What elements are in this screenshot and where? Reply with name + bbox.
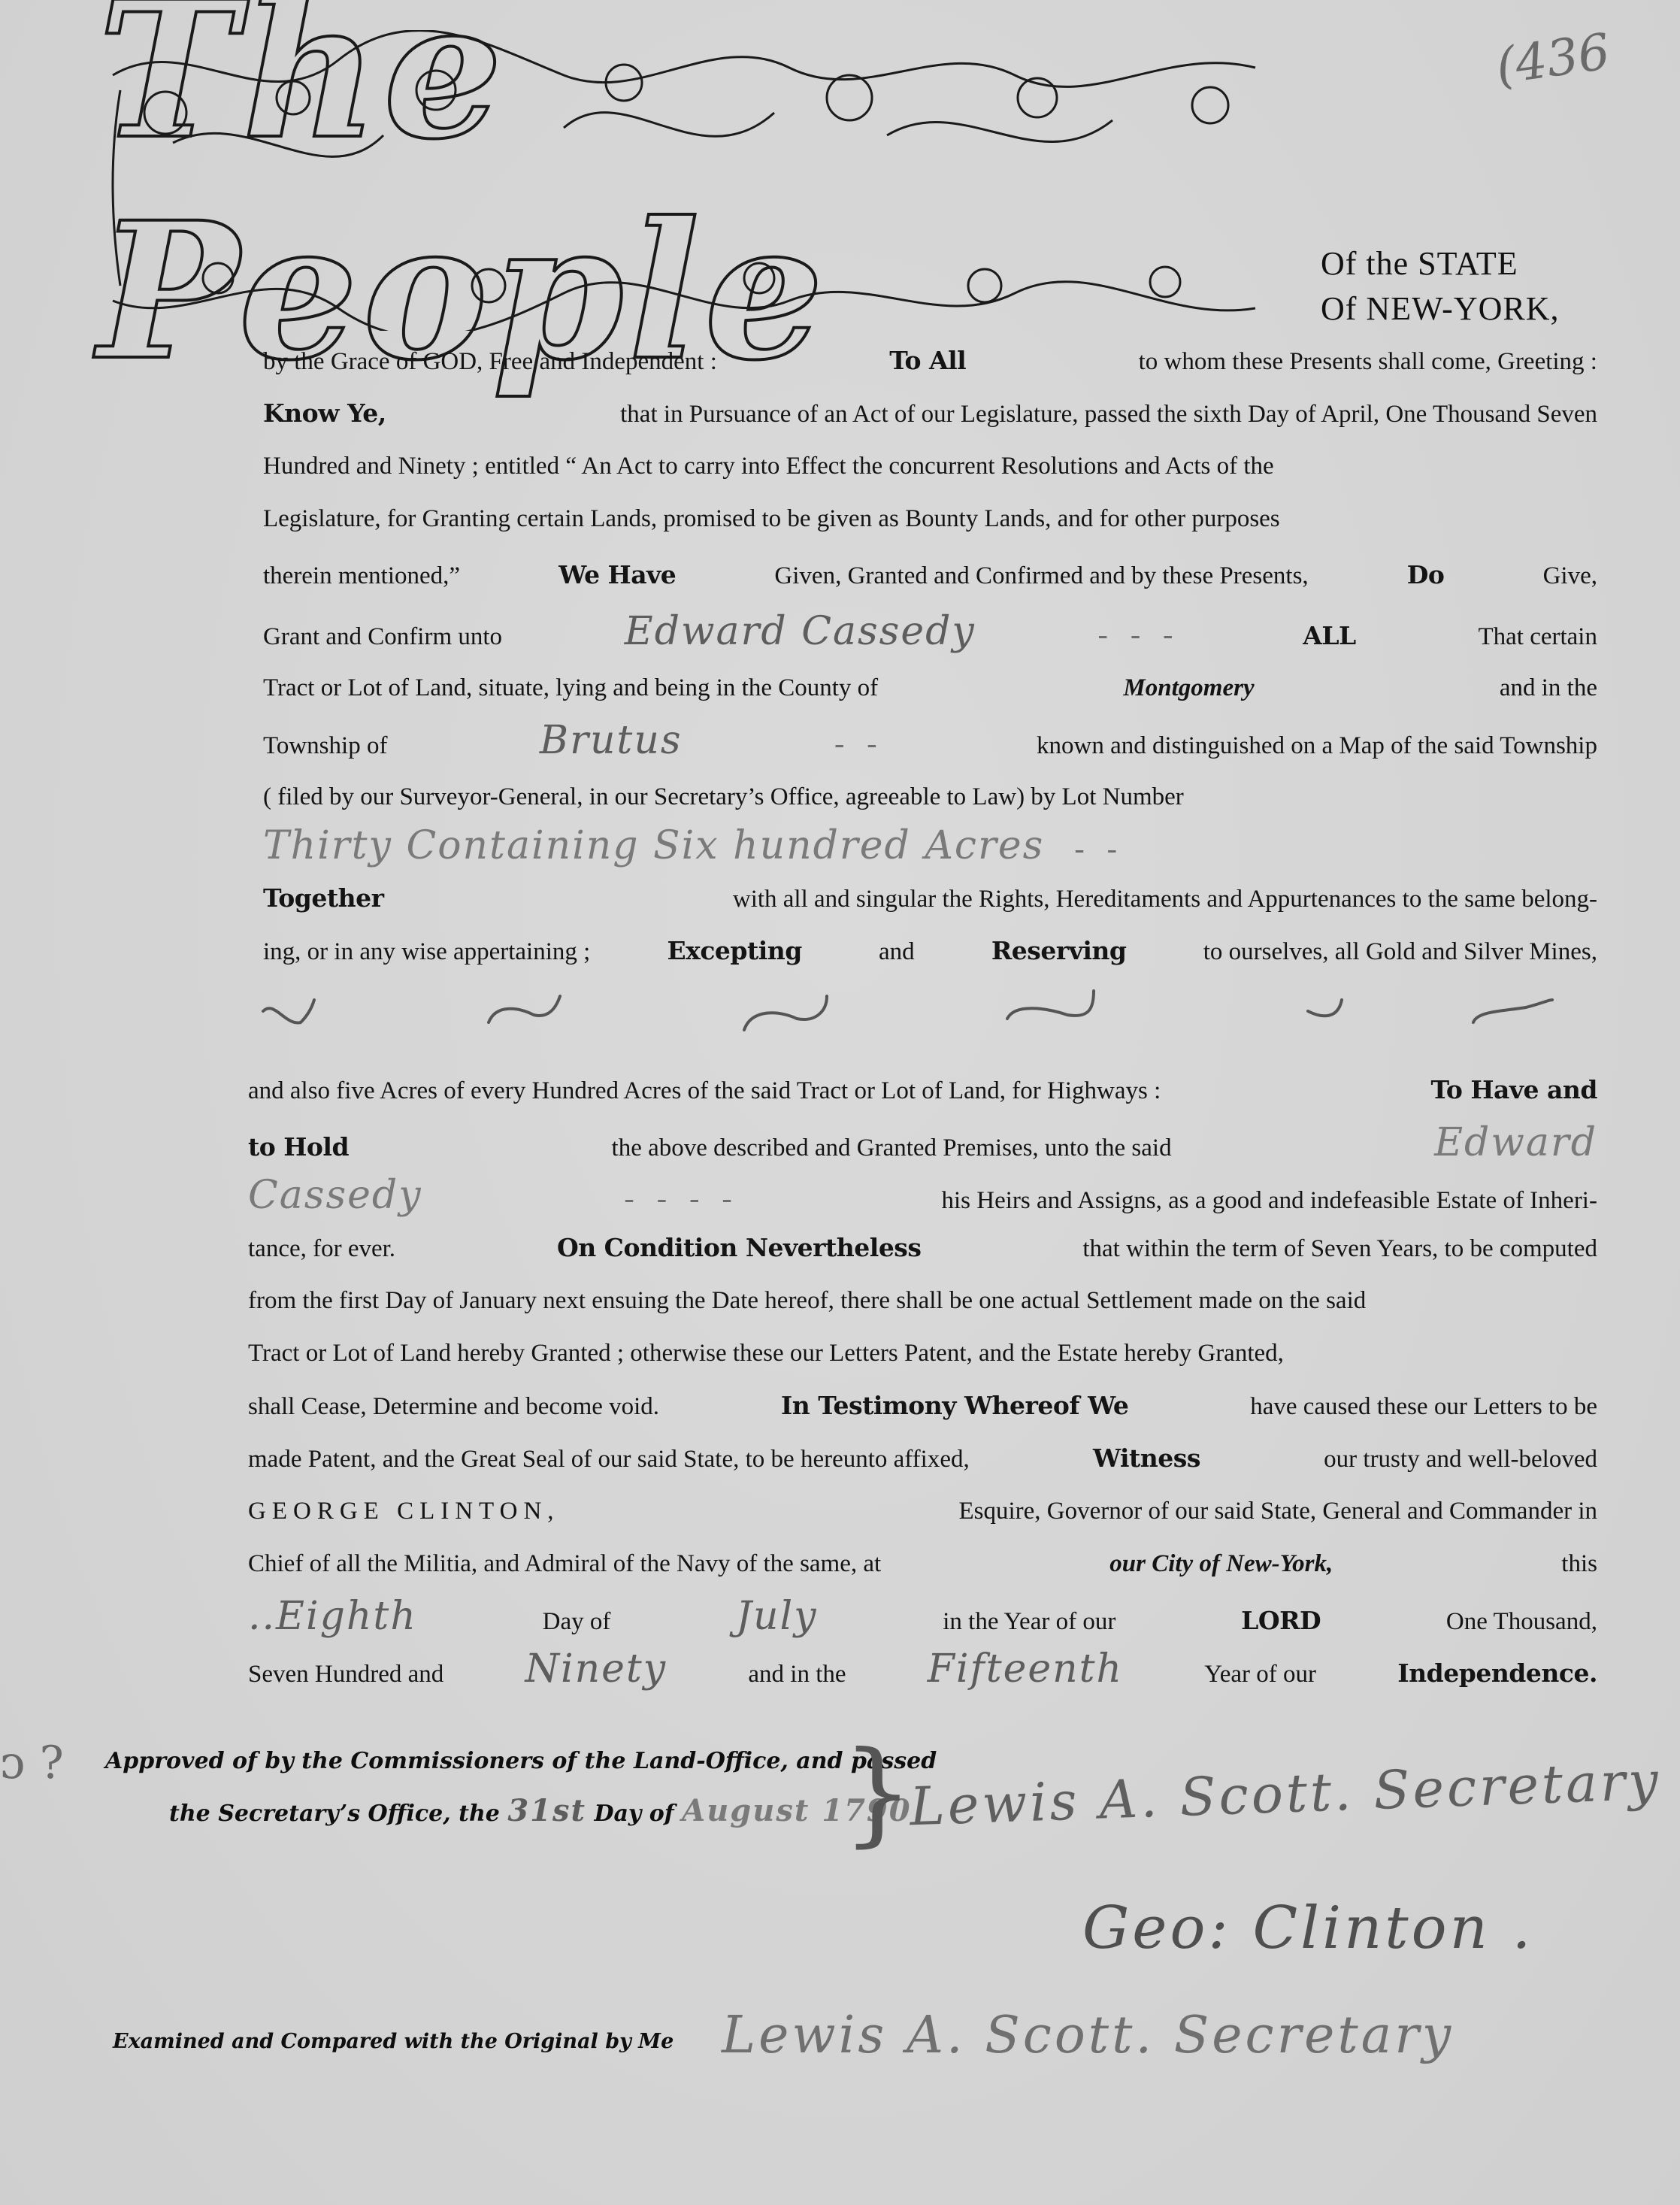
printed-text: shall Cease, Determine and become void. (248, 1384, 659, 1429)
printed-text: his Heirs and Assigns, as a good and ind… (942, 1178, 1597, 1223)
text-line: Seven Hundred andNinetyand in theFifteen… (248, 1646, 1597, 1692)
handwritten-entry: Cassedy (248, 1173, 422, 1218)
printed-text: Legislature, for Granting certain Lands,… (263, 496, 1280, 541)
brace-icon: } (842, 1737, 913, 1849)
text-line: Togetherwith all and singular the Rights… (263, 876, 1597, 921)
approved-line-1: Approved of by the Commissioners of the … (105, 1748, 937, 1774)
printed-text: made Patent, and the Great Seal of our s… (248, 1437, 970, 1482)
secretary-signature: Lewis A. Scott. Secretary (909, 1750, 1662, 1838)
blackletter-text: To All (889, 338, 966, 383)
text-line: Grant and Confirm untoEdward Cassedy- - … (263, 609, 1597, 654)
text-line: and also five Acres of every Hundred Acr… (248, 1068, 1597, 1113)
blackletter-text: In Testimony Whereof We (781, 1383, 1129, 1428)
printed-text: Esquire, Governor of our said State, Gen… (958, 1489, 1597, 1534)
printed-text: our City of New-York, (1109, 1541, 1333, 1586)
printed-text: Given, Granted and Confirmed and by thes… (774, 553, 1308, 598)
printed-text: Tract or Lot of Land, situate, lying and… (263, 665, 878, 710)
text-line: ing, or in any wise appertaining ;Except… (263, 928, 1597, 974)
blackletter-text: Reserving (991, 928, 1127, 974)
approved-line-2: the Secretary’s Office, the 31st Day of … (169, 1793, 912, 1828)
printed-text: Hundred and Ninety ; entitled “ An Act t… (263, 444, 1274, 489)
printed-text: and in the (1500, 665, 1597, 710)
handwritten-entry: ..Eighth (248, 1594, 417, 1639)
blackletter-text: to Hold (248, 1125, 349, 1170)
text-line: Chief of all the Militia, and Admiral of… (248, 1541, 1597, 1586)
examined-label: Examined and Compared with the Original … (113, 2030, 674, 2053)
printed-text: our trusty and well-beloved (1324, 1437, 1597, 1482)
text-line: Township ofBrutus- -known and distinguis… (263, 718, 1597, 763)
printed-text: and (879, 929, 915, 974)
printed-text: ( filed by our Surveyor-General, in our … (263, 774, 1184, 819)
handwritten-entry: Fifteenth (928, 1646, 1123, 1692)
state-line-1: Of the STATE (1321, 244, 1518, 283)
printed-text: have caused these our Letters to be (1250, 1384, 1597, 1429)
text-line: Tract or Lot of Land, situate, lying and… (263, 665, 1597, 710)
printed-text: Grant and Confirm unto (263, 614, 502, 659)
printed-text: Day of (543, 1599, 611, 1644)
printed-text: - - - - (624, 1176, 739, 1221)
text-line: shall Cease, Determine and become void.I… (248, 1383, 1597, 1428)
handwritten-entry: Edward Cassedy (625, 609, 976, 654)
printed-text: therein mentioned,” (263, 553, 460, 598)
approved-prefix: the Secretary’s Office, the (169, 1801, 500, 1827)
printed-text: this (1561, 1541, 1597, 1586)
text-line: Tract or Lot of Land hereby Granted ; ot… (248, 1331, 1597, 1376)
printed-text: known and distinguished on a Map of the … (1037, 723, 1597, 768)
text-line: by the Grace of GOD, Free and Independen… (263, 338, 1597, 383)
header-title-text: The People (98, 30, 1270, 331)
printed-text: Chief of all the Militia, and Admiral of… (248, 1541, 881, 1586)
printed-text: One Thousand, (1446, 1599, 1597, 1644)
text-line: therein mentioned,”We HaveGiven, Granted… (263, 553, 1597, 598)
blackletter-text: We Have (558, 553, 676, 598)
handwritten-entry: Thirty Containing Six hundred Acres (263, 823, 1044, 868)
blackletter-text: Do (1407, 553, 1445, 598)
handwritten-entry: July (736, 1594, 817, 1639)
handwritten-entry: Edward (1434, 1120, 1597, 1165)
text-line: Know Ye,that in Pursuance of an Act of o… (263, 391, 1597, 436)
printed-text: by the Grace of GOD, Free and Independen… (263, 339, 717, 384)
printed-text: - - - (1098, 612, 1181, 657)
text-line: GEORGE CLINTON,Esquire, Governor of our … (248, 1489, 1597, 1534)
printed-text: to ourselves, all Gold and Silver Mines, (1203, 929, 1597, 974)
text-line: from the first Day of January next ensui… (248, 1278, 1597, 1323)
text-line: ( filed by our Surveyor-General, in our … (263, 774, 1597, 819)
blackletter-text: ALL (1303, 613, 1356, 659)
text-line: ..EighthDay ofJulyin the Year of ourLORD… (248, 1594, 1597, 1639)
printed-text: Give, (1543, 553, 1597, 598)
text-line: Legislature, for Granting certain Lands,… (263, 496, 1597, 541)
printed-text: and in the (748, 1652, 846, 1697)
blackletter-text: Witness (1093, 1436, 1200, 1481)
text-line: made Patent, and the Great Seal of our s… (248, 1436, 1597, 1481)
printed-text: ing, or in any wise appertaining ; (263, 929, 590, 974)
printed-text: That certain (1478, 614, 1597, 659)
land-patent-page: The People (436 Of the STATE Of NEW-YORK… (0, 0, 1680, 2205)
blackletter-text: Together (263, 876, 383, 921)
blackletter-text: On Condition Nevertheless (557, 1225, 922, 1271)
printed-text: with all and singular the Rights, Heredi… (733, 877, 1597, 922)
examined-signature: Lewis A. Scott. Secretary (722, 2006, 1454, 2065)
governor-signature: Geo: Clinton . (1082, 1895, 1533, 1962)
printed-text: from the first Day of January next ensui… (248, 1278, 1366, 1323)
printed-text: Township of (263, 723, 387, 768)
text-line: Thirty Containing Six hundred Acres- - (263, 823, 1597, 868)
printed-text: Tract or Lot of Land hereby Granted ; ot… (248, 1331, 1284, 1376)
printed-text: to whom these Presents shall come, Greet… (1139, 339, 1597, 384)
printed-text: and also five Acres of every Hundred Acr… (248, 1068, 1161, 1113)
blackletter-text: Know Ye, (263, 391, 386, 436)
blackletter-text: To Have and (1431, 1068, 1597, 1113)
margin-marks: ᴐ ? (0, 1737, 64, 1789)
blackletter-text: Excepting (667, 928, 802, 974)
printed-text: - - (1074, 826, 1125, 871)
handwritten-entry: Ninety (525, 1646, 667, 1692)
state-line-2: Of NEW-YORK, (1321, 289, 1560, 328)
printed-text: that within the term of Seven Years, to … (1082, 1226, 1597, 1271)
text-line: Cassedy- - - -his Heirs and Assigns, as … (248, 1173, 1597, 1218)
printed-text: in the Year of our (943, 1599, 1115, 1644)
text-line: tance, for ever.On Condition Nevertheles… (248, 1225, 1597, 1271)
printed-text: Seven Hundred and (248, 1652, 443, 1697)
printed-text: Year of our (1204, 1652, 1316, 1697)
calligraphic-header: The People (98, 30, 1270, 331)
approved-day-of: Day of (594, 1801, 674, 1827)
printed-text: the above described and Granted Premises… (612, 1125, 1172, 1171)
blackletter-text: Independence. (1397, 1651, 1597, 1696)
handwritten-entry: Brutus (540, 718, 683, 763)
blackletter-text: LORD (1241, 1598, 1321, 1643)
printed-text: GEORGE CLINTON, (248, 1489, 560, 1534)
printed-text: - - (834, 721, 885, 766)
text-line: Hundred and Ninety ; entitled “ An Act t… (263, 444, 1597, 489)
printed-text: Montgomery (1123, 665, 1254, 710)
text-line: to Holdthe above described and Granted P… (248, 1120, 1597, 1165)
page-number: (436 (1492, 23, 1613, 95)
handwritten-squiggle-marks (256, 977, 1594, 1037)
printed-text: that in Pursuance of an Act of our Legis… (620, 392, 1597, 437)
printed-text: tance, for ever. (248, 1226, 395, 1271)
approved-day: 31st (507, 1793, 586, 1828)
